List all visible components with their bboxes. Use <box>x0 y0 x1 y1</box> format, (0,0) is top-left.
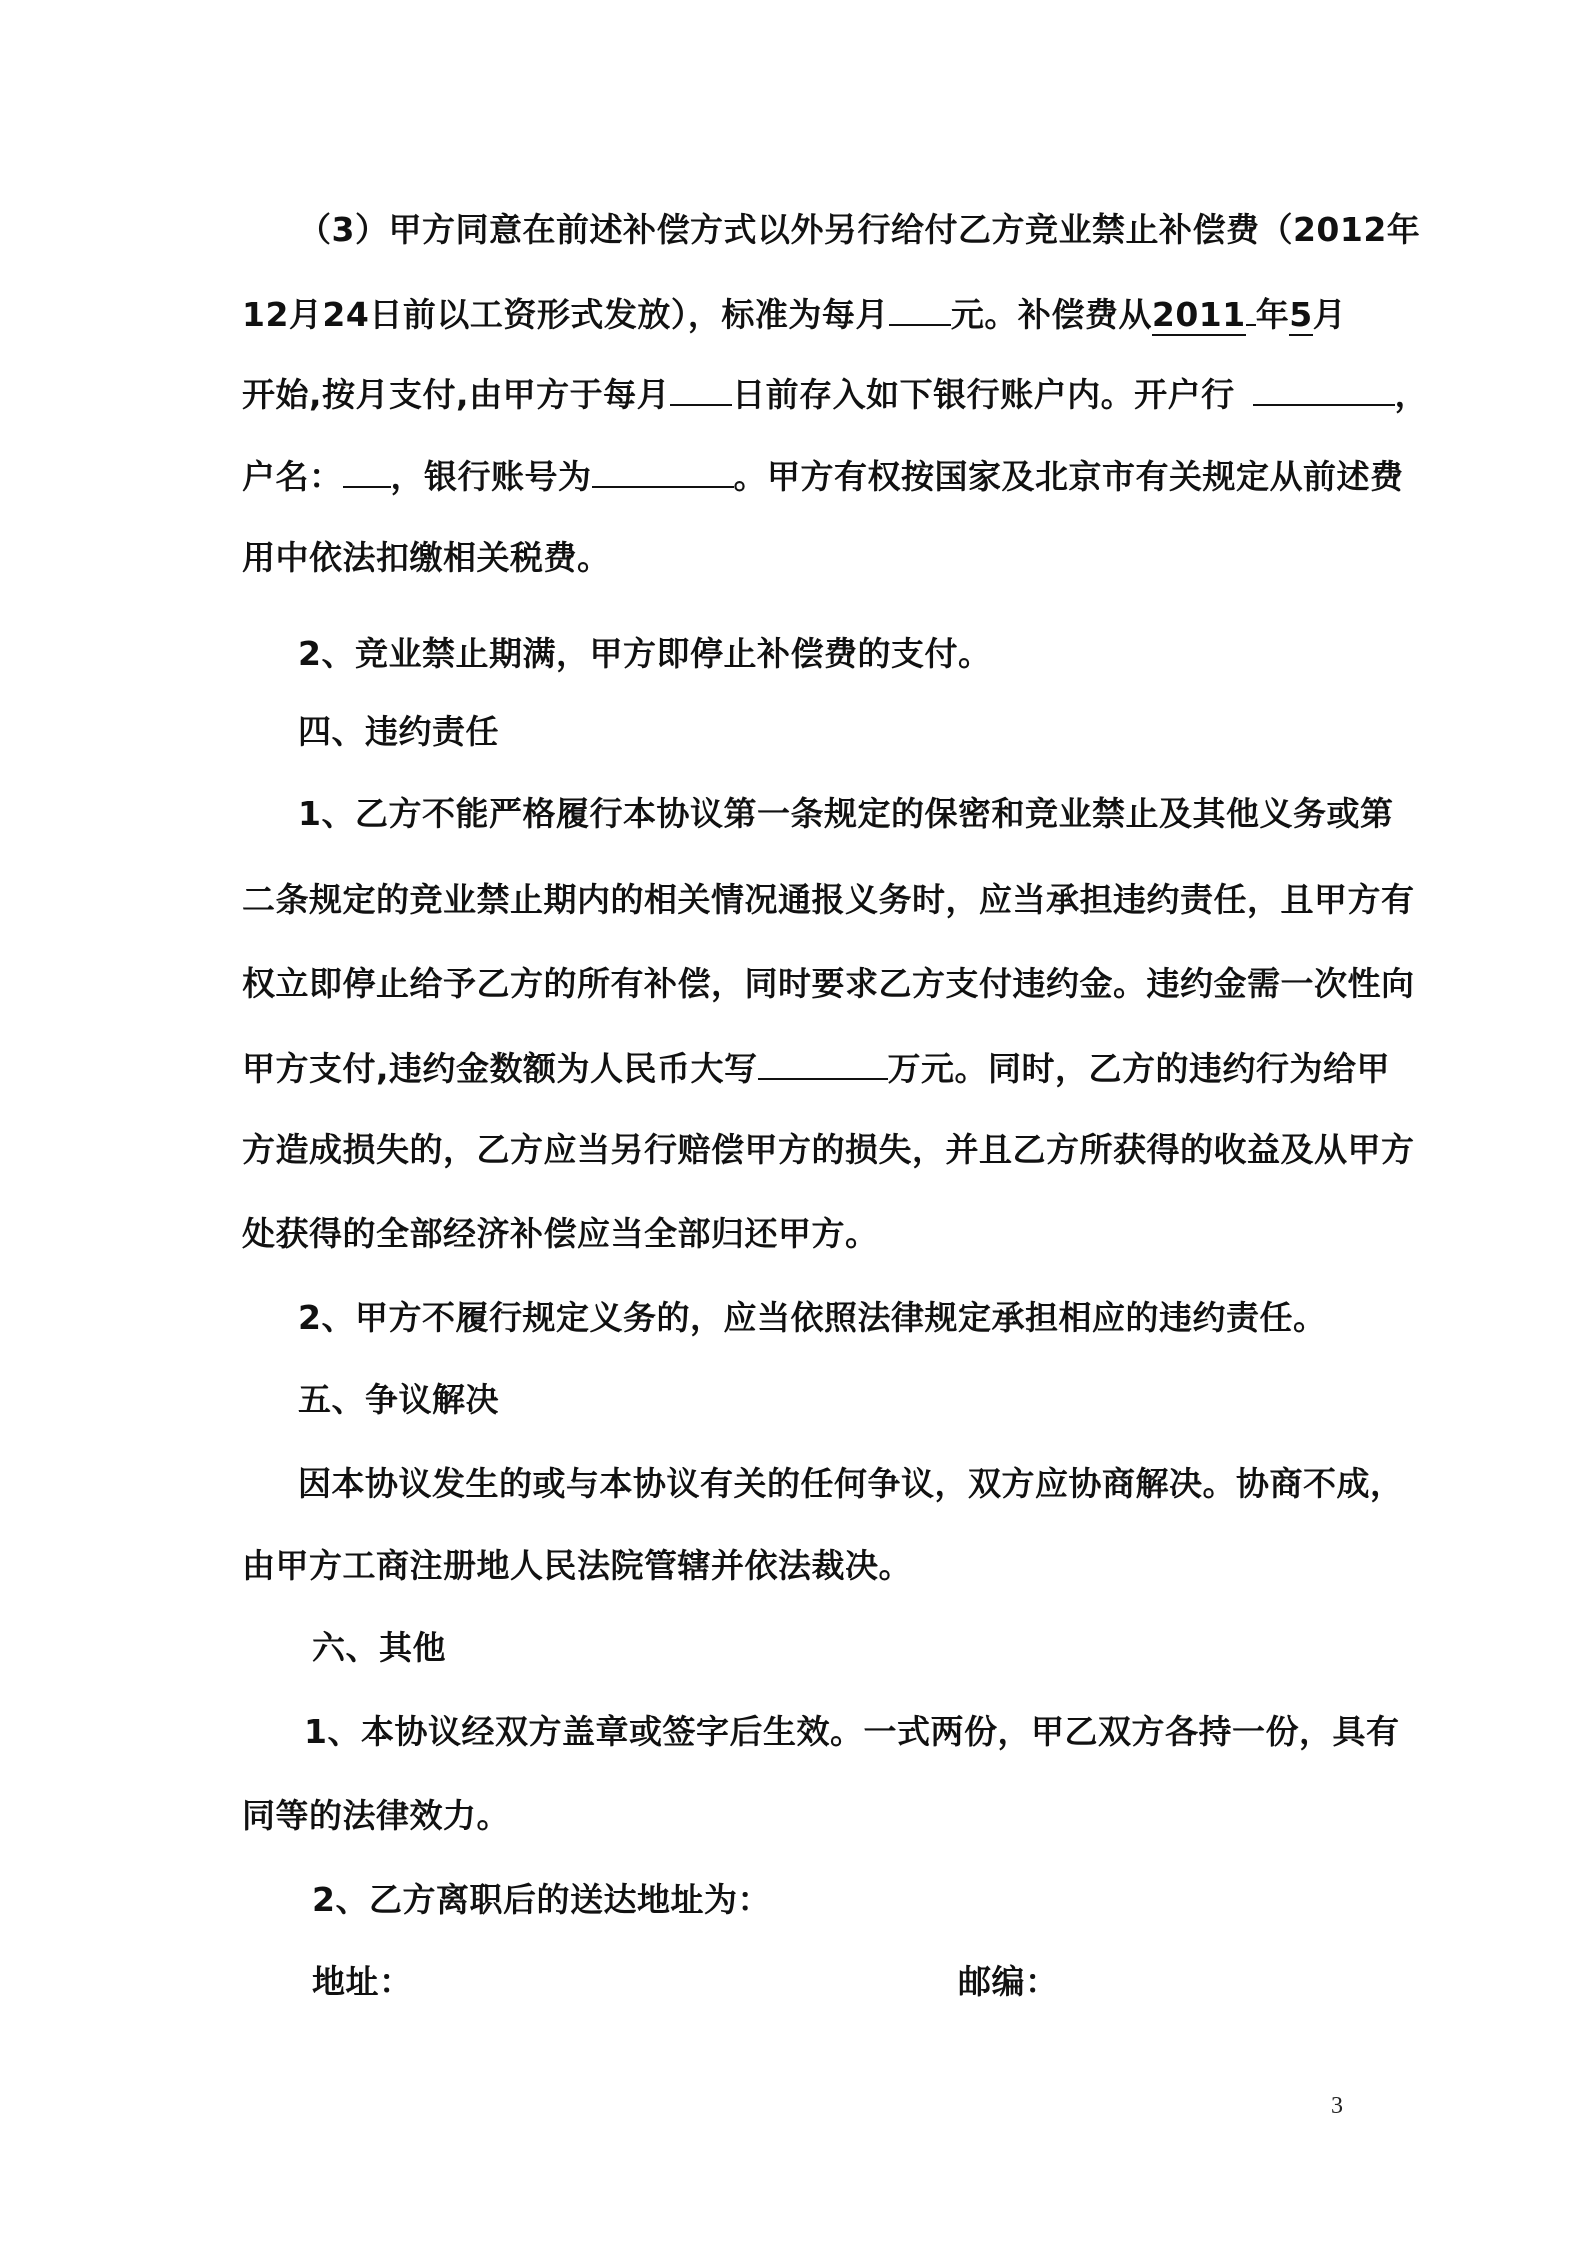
section-5-line-2: 由甲方工商注册地人民法院管辖并依法裁决。 <box>242 1546 912 1586</box>
section-6-heading: 六、其他 <box>312 1628 446 1668</box>
payment-day-blank <box>670 374 732 406</box>
text: 元。补偿费从 <box>951 295 1152 334</box>
text: 万元。同时，乙方的违约行为给甲 <box>888 1049 1391 1088</box>
section-4-item-1-line-5: 方造成损失的，乙方应当另行赔偿甲方的损失，并且乙方所获得的收益及从甲方 <box>242 1130 1354 1170</box>
clause-3-item-2: 2、竞业禁止期满，甲方即停止补偿费的支付。 <box>298 634 991 674</box>
account-number-blank <box>592 456 734 488</box>
clause-3-item-3-line-2: 12月24日前以工资形式发放），标准为每月元。补偿费从2011年5月 <box>242 294 1346 335</box>
clause-3-item-3-line-3: 开始,按月支付,由甲方于每月日前存入如下银行账户内。开户行， <box>242 374 1428 415</box>
clause-3-item-3-line-4: 户名：，银行账号为。甲方有权按国家及北京市有关规定从前述费 <box>242 456 1404 497</box>
section-4-item-2: 2、甲方不履行规定义务的，应当依照法律规定承担相应的违约责任。 <box>298 1298 1326 1338</box>
monthly-amount-blank <box>889 294 951 326</box>
section-4-item-1-line-2: 二条规定的竞业禁止期内的相关情况通报义务时，应当承担违约责任，且甲方有 <box>242 880 1354 920</box>
section-4-heading: 四、违约责任 <box>298 712 499 752</box>
penalty-amount-blank <box>758 1048 888 1080</box>
section-4-item-1-line-1: 1、乙方不能严格履行本协议第一条规定的保密和竞业禁止及其他义务或第 <box>298 794 1354 834</box>
postcode-label: 邮编： <box>958 1962 1059 2002</box>
start-year-value: 2011 <box>1152 295 1246 336</box>
clause-3-item-3-line-5: 用中依法扣缴相关税费。 <box>242 538 611 578</box>
bank-name-blank <box>1253 374 1395 406</box>
account-holder-blank <box>343 456 391 488</box>
text: 开始,按月支付,由甲方于每月 <box>242 375 670 414</box>
section-4-item-1-line-3: 权立即停止给予乙方的所有补偿，同时要求乙方支付违约金。违约金需一次性向 <box>242 964 1354 1004</box>
section-5-heading: 五、争议解决 <box>298 1380 499 1420</box>
text: ，银行账号为 <box>391 457 592 496</box>
section-6-item-2: 2、乙方离职后的送达地址为： <box>312 1880 771 1920</box>
text: 户名： <box>242 457 343 496</box>
section-6-item-1-line-1: 1、本协议经双方盖章或签字后生效。一式两份，甲乙双方各持一份，具有 <box>304 1712 1354 1752</box>
start-month-value: 5 <box>1289 295 1312 336</box>
text: 甲方支付,违约金数额为人民币大写 <box>242 1049 758 1088</box>
text: 日前存入如下银行账户内。开户行 <box>732 375 1235 414</box>
section-6-item-1-line-2: 同等的法律效力。 <box>242 1796 510 1836</box>
section-4-item-1-line-4: 甲方支付,违约金数额为人民币大写万元。同时，乙方的违约行为给甲 <box>242 1048 1390 1089</box>
address-label: 地址： <box>312 1962 413 2002</box>
text: 月 <box>1313 295 1347 334</box>
text: 年 <box>1256 295 1290 334</box>
section-5-line-1: 因本协议发生的或与本协议有关的任何争议，双方应协商解决。协商不成， <box>298 1464 1354 1504</box>
text: 12月24日前以工资形式发放），标准为每月 <box>242 295 889 334</box>
section-4-item-1-line-6: 处获得的全部经济补偿应当全部归还甲方。 <box>242 1214 879 1254</box>
clause-3-item-3-line-1: （3）甲方同意在前述补偿方式以外另行给付乙方竞业禁止补偿费（2012年 <box>298 210 1354 250</box>
page-number: 3 <box>1331 2093 1343 2120</box>
text: ， <box>1395 375 1429 414</box>
text: 。甲方有权按国家及北京市有关规定从前述费 <box>734 457 1404 496</box>
